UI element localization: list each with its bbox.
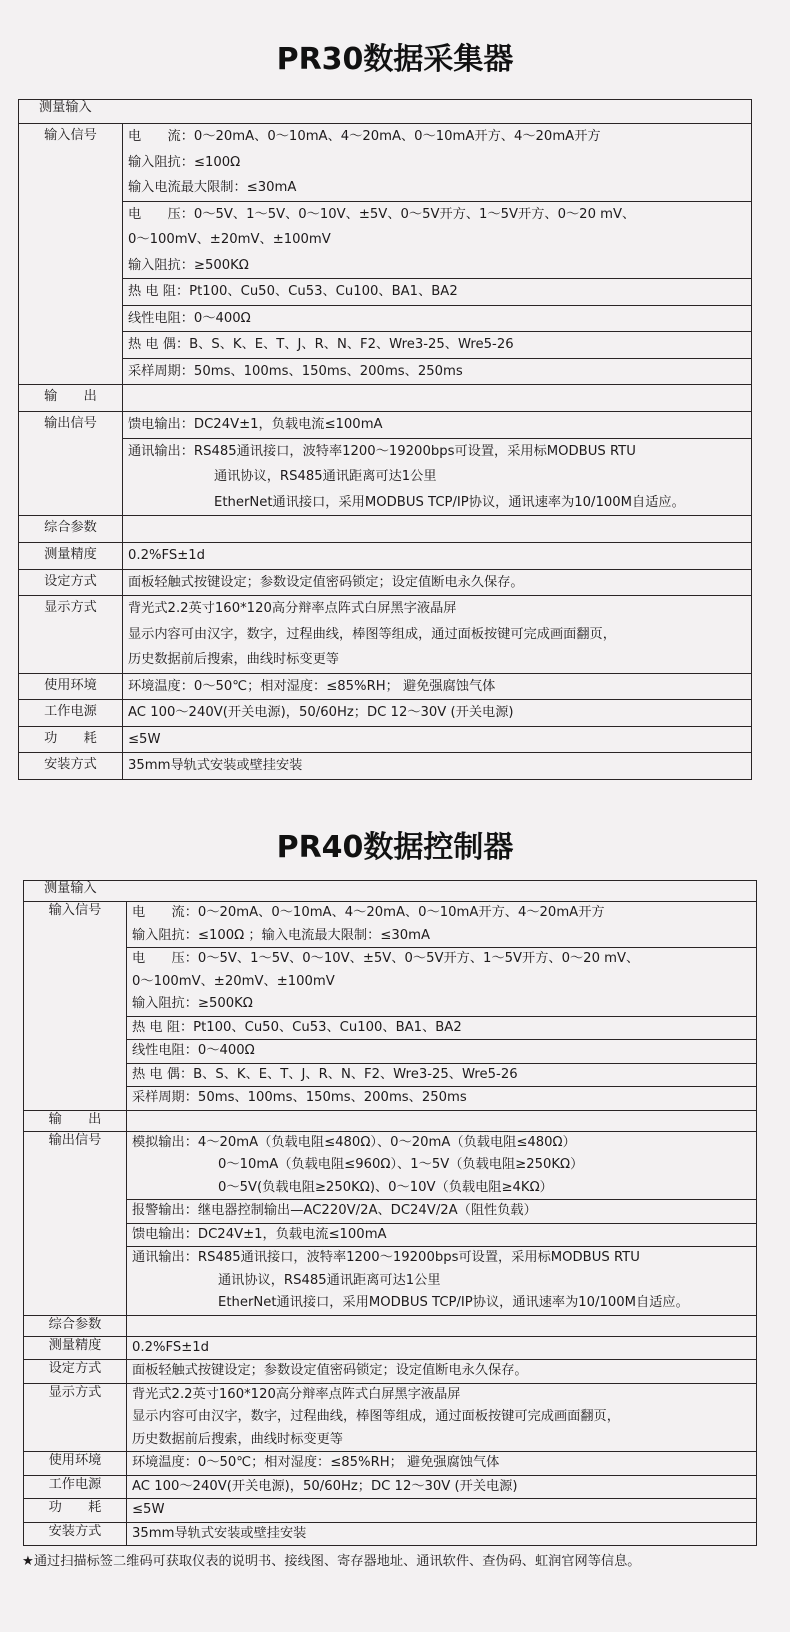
voltage-range-cont: 0～100mV、±20mV、±100mV (123, 227, 751, 253)
current-input-block: 电 流：0～20mA、0～10mA、4～20mA、0～10mA开方、4～20mA… (123, 124, 751, 202)
table-row: 综合参数 (19, 516, 752, 543)
voltage-impedance: 输入阻抗：≥500KΩ (123, 253, 751, 279)
output-signal-cell: 馈电输出：DC24V±1，负载电流≤100mA 通讯输出：RS485通讯接口，波… (123, 412, 752, 516)
pr30-spec-table: 测量输入 输入信号 电 流：0～20mA、0～10mA、4～20mA、0～10m… (18, 99, 752, 780)
accuracy-value: 0.2%FS±1d (123, 543, 751, 569)
table-row: 输入信号 电 流：0～20mA、0～10mA、4～20mA、0～10mA开方、4… (24, 902, 757, 1111)
thermocouple-types: 热 电 偶：B、S、K、E、T、J、R、N、F2、Wre3-25、Wre5-26 (127, 1064, 756, 1087)
sampling-period-block: 采样周期：50ms、100ms、150ms、200ms、250ms (123, 359, 751, 385)
voltage-input-block: 电 压：0～5V、1～5V、0～10V、±5V、0～5V开方、1～5V开方、0～… (127, 948, 756, 1017)
row-label-power-consumption: 功 耗 (24, 1499, 127, 1523)
current-range: 电 流：0～20mA、0～10mA、4～20mA、0～10mA开方、4～20mA… (123, 124, 751, 150)
analog-output-3: 0～5V(负载电阻≥250KΩ)、0～10V（负载电阻≥4KΩ） (127, 1177, 756, 1200)
section-header-output: 输 出 (24, 1110, 127, 1131)
analog-output-2: 0～10mA（负载电阻≤960Ω）、1～5V（负载电阻≥250KΩ） (127, 1154, 756, 1177)
table-row: 功 耗 ≤5W (19, 726, 752, 753)
current-impedance: 输入阻抗：≤100Ω (123, 150, 751, 176)
section-header-output: 输 出 (19, 385, 123, 412)
row-label-display: 显示方式 (19, 596, 123, 674)
table-row: 使用环境 环境温度：0～50℃；相对湿度：≤85%RH； 避免强腐蚀气体 (19, 673, 752, 700)
sampling-period: 采样周期：50ms、100ms、150ms、200ms、250ms (123, 359, 751, 385)
row-label-environment: 使用环境 (24, 1452, 127, 1476)
table-row: 功 耗 ≤5W (24, 1499, 757, 1523)
table-row: 测量输入 (19, 100, 752, 124)
environment-value: 环境温度：0～50℃；相对湿度：≤85%RH； 避免强腐蚀气体 (127, 1452, 756, 1475)
rtd-block: 热 电 阻：Pt100、Cu50、Cu53、Cu100、BA1、BA2 (127, 1017, 756, 1041)
row-label-output-signal: 输出信号 (19, 412, 123, 516)
row-label-input-signal: 输入信号 (24, 902, 127, 1111)
setting-method-value: 面板轻触式按键设定；参数设定值密码锁定；设定值断电永久保存。 (123, 570, 751, 596)
linear-resistance: 线性电阻：0～400Ω (123, 306, 751, 332)
feed-output-block: 馈电输出：DC24V±1，负载电流≤100mA (127, 1224, 756, 1248)
output-header-empty (123, 385, 752, 412)
table-row: 输出信号 模拟输出：4～20mA（负载电阻≤480Ω）、0～20mA（负载电阻≤… (24, 1131, 757, 1315)
comm-output-protocol: 通讯协议，RS485通讯距离可达1公里 (123, 464, 751, 490)
input-signal-cell: 电 流：0～20mA、0～10mA、4～20mA、0～10mA开方、4～20mA… (127, 902, 757, 1111)
current-max-limit: 输入电流最大限制：≤30mA (123, 175, 751, 201)
voltage-range: 电 压：0～5V、1～5V、0～10V、±5V、0～5V开方、1～5V开方、0～… (127, 948, 756, 971)
alarm-output-block: 报警输出：继电器控制输出—AC220V/2A、DC24V/2A（阻性负载） (127, 1200, 756, 1224)
pr40-title: PR40数据控制器 (0, 822, 790, 866)
table-row: 使用环境 环境温度：0～50℃；相对湿度：≤85%RH； 避免强腐蚀气体 (24, 1452, 757, 1476)
table-row: 安装方式 35mm导轨式安装或壁挂安装 (19, 753, 752, 780)
power-consumption-value: ≤5W (127, 1499, 756, 1522)
display-line-1: 背光式2.2英寸160*120高分辩率点阵式白屏黑字液晶屏 (123, 596, 751, 622)
table-row: 安装方式 35mm导轨式安装或壁挂安装 (24, 1522, 757, 1546)
voltage-input-block: 电 压：0～5V、1～5V、0～10V、±5V、0～5V开方、1～5V开方、0～… (123, 202, 751, 280)
row-label-environment: 使用环境 (19, 673, 123, 700)
pr30-title: PR30数据采集器 (0, 34, 790, 78)
table-row: 显示方式 背光式2.2英寸160*120高分辩率点阵式白屏黑字液晶屏 显示内容可… (24, 1383, 757, 1452)
voltage-range: 电 压：0～5V、1～5V、0～10V、±5V、0～5V开方、1～5V开方、0～… (123, 202, 751, 228)
footnote-qr-info: ★通过扫描标签二维码可获取仪表的说明书、接线图、寄存器地址、通讯软件、查伪码、虹… (22, 1550, 640, 1569)
thermocouple-block: 热 电 偶：B、S、K、E、T、J、R、N、F2、Wre3-25、Wre5-26 (127, 1064, 756, 1088)
row-label-power-supply: 工作电源 (19, 700, 123, 727)
section-header-measure-input: 测量输入 (19, 100, 752, 124)
accuracy-value: 0.2%FS±1d (127, 1337, 756, 1360)
table-row: 显示方式 背光式2.2英寸160*120高分辩率点阵式白屏黑字液晶屏 显示内容可… (19, 596, 752, 674)
environment-value: 环境温度：0～50℃；相对湿度：≤85%RH； 避免强腐蚀气体 (123, 674, 751, 700)
thermocouple-block: 热 电 偶：B、S、K、E、T、J、R、N、F2、Wre3-25、Wre5-26 (123, 332, 751, 359)
alarm-output: 报警输出：继电器控制输出—AC220V/2A、DC24V/2A（阻性负载） (127, 1200, 756, 1223)
rtd-types: 热 电 阻：Pt100、Cu50、Cu53、Cu100、BA1、BA2 (127, 1017, 756, 1040)
comm-output-ethernet: EtherNet通讯接口，采用MODBUS TCP/IP协议，通讯速率为10/1… (123, 490, 751, 516)
row-label-power-supply: 工作电源 (24, 1475, 127, 1499)
rtd-types: 热 电 阻：Pt100、Cu50、Cu53、Cu100、BA1、BA2 (123, 279, 751, 305)
voltage-impedance: 输入阻抗：≥500KΩ (127, 993, 756, 1016)
feed-output: 馈电输出：DC24V±1，负载电流≤100mA (127, 1224, 756, 1247)
table-row: 测量精度 0.2%FS±1d (19, 543, 752, 570)
row-label-power-consumption: 功 耗 (19, 726, 123, 753)
display-line-2: 显示内容可由汉字，数字，过程曲线，棒图等组成，通过面板按键可完成画面翻页， (127, 1406, 756, 1429)
row-label-output-signal: 输出信号 (24, 1131, 127, 1315)
general-header-empty (127, 1315, 757, 1336)
row-label-installation: 安装方式 (19, 753, 123, 780)
table-row: 设定方式 面板轻触式按键设定；参数设定值密码锁定；设定值断电永久保存。 (19, 569, 752, 596)
comm-output-rs485: 通讯输出：RS485通讯接口，波特率1200～19200bps可设置，采用标MO… (127, 1247, 756, 1270)
table-row: 输出信号 馈电输出：DC24V±1，负载电流≤100mA 通讯输出：RS485通… (19, 412, 752, 516)
feed-output: 馈电输出：DC24V±1，负载电流≤100mA (123, 412, 751, 438)
table-row: 输 出 (19, 385, 752, 412)
current-impedance-limit: 输入阻抗：≤100Ω ；输入电流最大限制：≤30mA (127, 925, 756, 948)
table-row: 综合参数 (24, 1315, 757, 1336)
row-label-setting-method: 设定方式 (24, 1360, 127, 1384)
thermocouple-types: 热 电 偶：B、S、K、E、T、J、R、N、F2、Wre3-25、Wre5-26 (123, 332, 751, 358)
input-signal-cell: 电 流：0～20mA、0～10mA、4～20mA、0～10mA开方、4～20mA… (123, 124, 752, 385)
setting-method-value: 面板轻触式按键设定；参数设定值密码锁定；设定值断电永久保存。 (127, 1360, 756, 1383)
linear-resistance-block: 线性电阻：0～400Ω (123, 306, 751, 333)
section-header-measure-input: 测量输入 (24, 881, 757, 902)
comm-output-protocol: 通讯协议，RS485通讯距离可达1公里 (127, 1270, 756, 1293)
current-range: 电 流：0～20mA、0～10mA、4～20mA、0～10mA开方、4～20mA… (127, 902, 756, 925)
table-row: 工作电源 AC 100～240V(开关电源)，50/60Hz；DC 12～30V… (24, 1475, 757, 1499)
output-header-empty (127, 1110, 757, 1131)
general-header-empty (123, 516, 752, 543)
comm-output-ethernet: EtherNet通讯接口，采用MODBUS TCP/IP协议，通讯速率为10/1… (127, 1292, 756, 1315)
power-consumption-value: ≤5W (123, 727, 751, 753)
table-row: 设定方式 面板轻触式按键设定；参数设定值密码锁定；设定值断电永久保存。 (24, 1360, 757, 1384)
row-label-accuracy: 测量精度 (19, 543, 123, 570)
comm-output-block: 通讯输出：RS485通讯接口，波特率1200～19200bps可设置，采用标MO… (123, 439, 751, 516)
row-label-setting-method: 设定方式 (19, 569, 123, 596)
table-row: 工作电源 AC 100～240V(开关电源)，50/60Hz；DC 12～30V… (19, 700, 752, 727)
row-label-accuracy: 测量精度 (24, 1336, 127, 1360)
display-line-1: 背光式2.2英寸160*120高分辩率点阵式白屏黑字液晶屏 (127, 1384, 756, 1407)
comm-output-block: 通讯输出：RS485通讯接口，波特率1200～19200bps可设置，采用标MO… (127, 1247, 756, 1315)
table-row: 测量精度 0.2%FS±1d (24, 1336, 757, 1360)
analog-output-1: 模拟输出：4～20mA（负载电阻≤480Ω）、0～20mA（负载电阻≤480Ω） (127, 1132, 756, 1155)
installation-value: 35mm导轨式安装或壁挂安装 (123, 753, 751, 779)
section-header-general: 综合参数 (19, 516, 123, 543)
table-row: 输 出 (24, 1110, 757, 1131)
voltage-range-cont: 0～100mV、±20mV、±100mV (127, 971, 756, 994)
row-label-input-signal: 输入信号 (19, 124, 123, 385)
sampling-period-block: 采样周期：50ms、100ms、150ms、200ms、250ms (127, 1087, 756, 1110)
table-row: 测量输入 (24, 881, 757, 902)
output-signal-cell: 模拟输出：4～20mA（负载电阻≤480Ω）、0～20mA（负载电阻≤480Ω）… (127, 1131, 757, 1315)
linear-resistance-block: 线性电阻：0～400Ω (127, 1040, 756, 1064)
feed-output-block: 馈电输出：DC24V±1，负载电流≤100mA (123, 412, 751, 439)
linear-resistance: 线性电阻：0～400Ω (127, 1040, 756, 1063)
analog-output-block: 模拟输出：4～20mA（负载电阻≤480Ω）、0～20mA（负载电阻≤480Ω）… (127, 1132, 756, 1201)
current-input-block: 电 流：0～20mA、0～10mA、4～20mA、0～10mA开方、4～20mA… (127, 902, 756, 948)
installation-value: 35mm导轨式安装或壁挂安装 (127, 1523, 756, 1546)
display-line-2: 显示内容可由汉字，数字，过程曲线，棒图等组成，通过面板按键可完成画面翻页， (123, 622, 751, 648)
comm-output-rs485: 通讯输出：RS485通讯接口，波特率1200～19200bps可设置，采用标MO… (123, 439, 751, 465)
rtd-block: 热 电 阻：Pt100、Cu50、Cu53、Cu100、BA1、BA2 (123, 279, 751, 306)
power-supply-value: AC 100～240V(开关电源)，50/60Hz；DC 12～30V (开关电… (123, 700, 751, 726)
row-label-installation: 安装方式 (24, 1522, 127, 1546)
display-line-3: 历史数据前后搜索，曲线时标变更等 (123, 647, 751, 673)
section-header-general: 综合参数 (24, 1315, 127, 1336)
pr40-spec-table: 测量输入 输入信号 电 流：0～20mA、0～10mA、4～20mA、0～10m… (23, 880, 757, 1546)
table-row: 输入信号 电 流：0～20mA、0～10mA、4～20mA、0～10mA开方、4… (19, 124, 752, 385)
row-label-display: 显示方式 (24, 1383, 127, 1452)
power-supply-value: AC 100～240V(开关电源)，50/60Hz；DC 12～30V (开关电… (127, 1476, 756, 1499)
display-line-3: 历史数据前后搜索，曲线时标变更等 (127, 1429, 756, 1452)
sampling-period: 采样周期：50ms、100ms、150ms、200ms、250ms (127, 1087, 756, 1110)
